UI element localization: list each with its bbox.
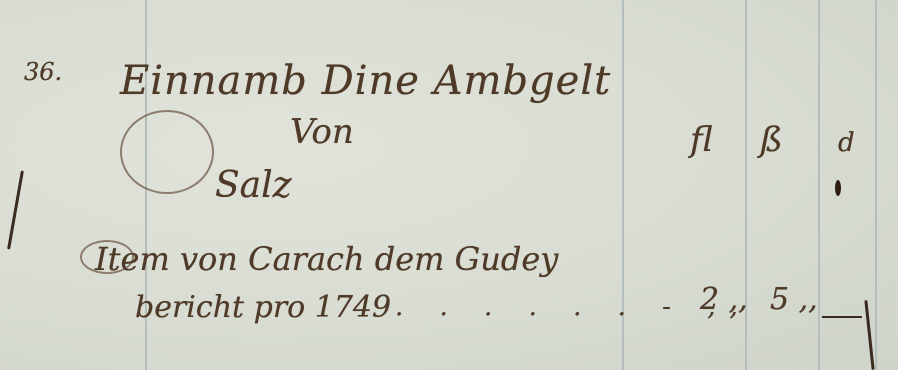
column-header-florin: fl	[690, 120, 713, 160]
column-header-denar: d	[838, 128, 855, 158]
heading-line-3: Salz	[215, 165, 292, 206]
entry-line-2: bericht pro 1749	[135, 290, 391, 325]
heading-line-1: Einnamb Dine Ambgelt	[120, 58, 611, 104]
ink-blot	[835, 180, 841, 196]
right-margin-ink-stroke	[864, 300, 874, 370]
column-header-schilling: ß	[760, 120, 783, 160]
amount-schilling: 5 ,,	[770, 282, 818, 317]
entry-line-1: Item von Carach dem Gudey	[95, 240, 558, 278]
heading-line-2: Von	[290, 112, 354, 152]
margin-ink-stroke	[7, 170, 24, 249]
leader-dots: . . . . . . - ,,	[395, 292, 752, 322]
entry-number: 36.	[24, 58, 62, 86]
ledger-page: 36. Einnamb Dine Ambgelt Von Salz Item v…	[0, 0, 898, 370]
ruled-line-col-s	[818, 0, 820, 370]
amount-denar-dash	[822, 316, 862, 318]
capital-flourish	[120, 110, 214, 194]
ruled-line-col-d	[875, 0, 877, 370]
amount-florin: 2 ,,	[700, 282, 748, 317]
